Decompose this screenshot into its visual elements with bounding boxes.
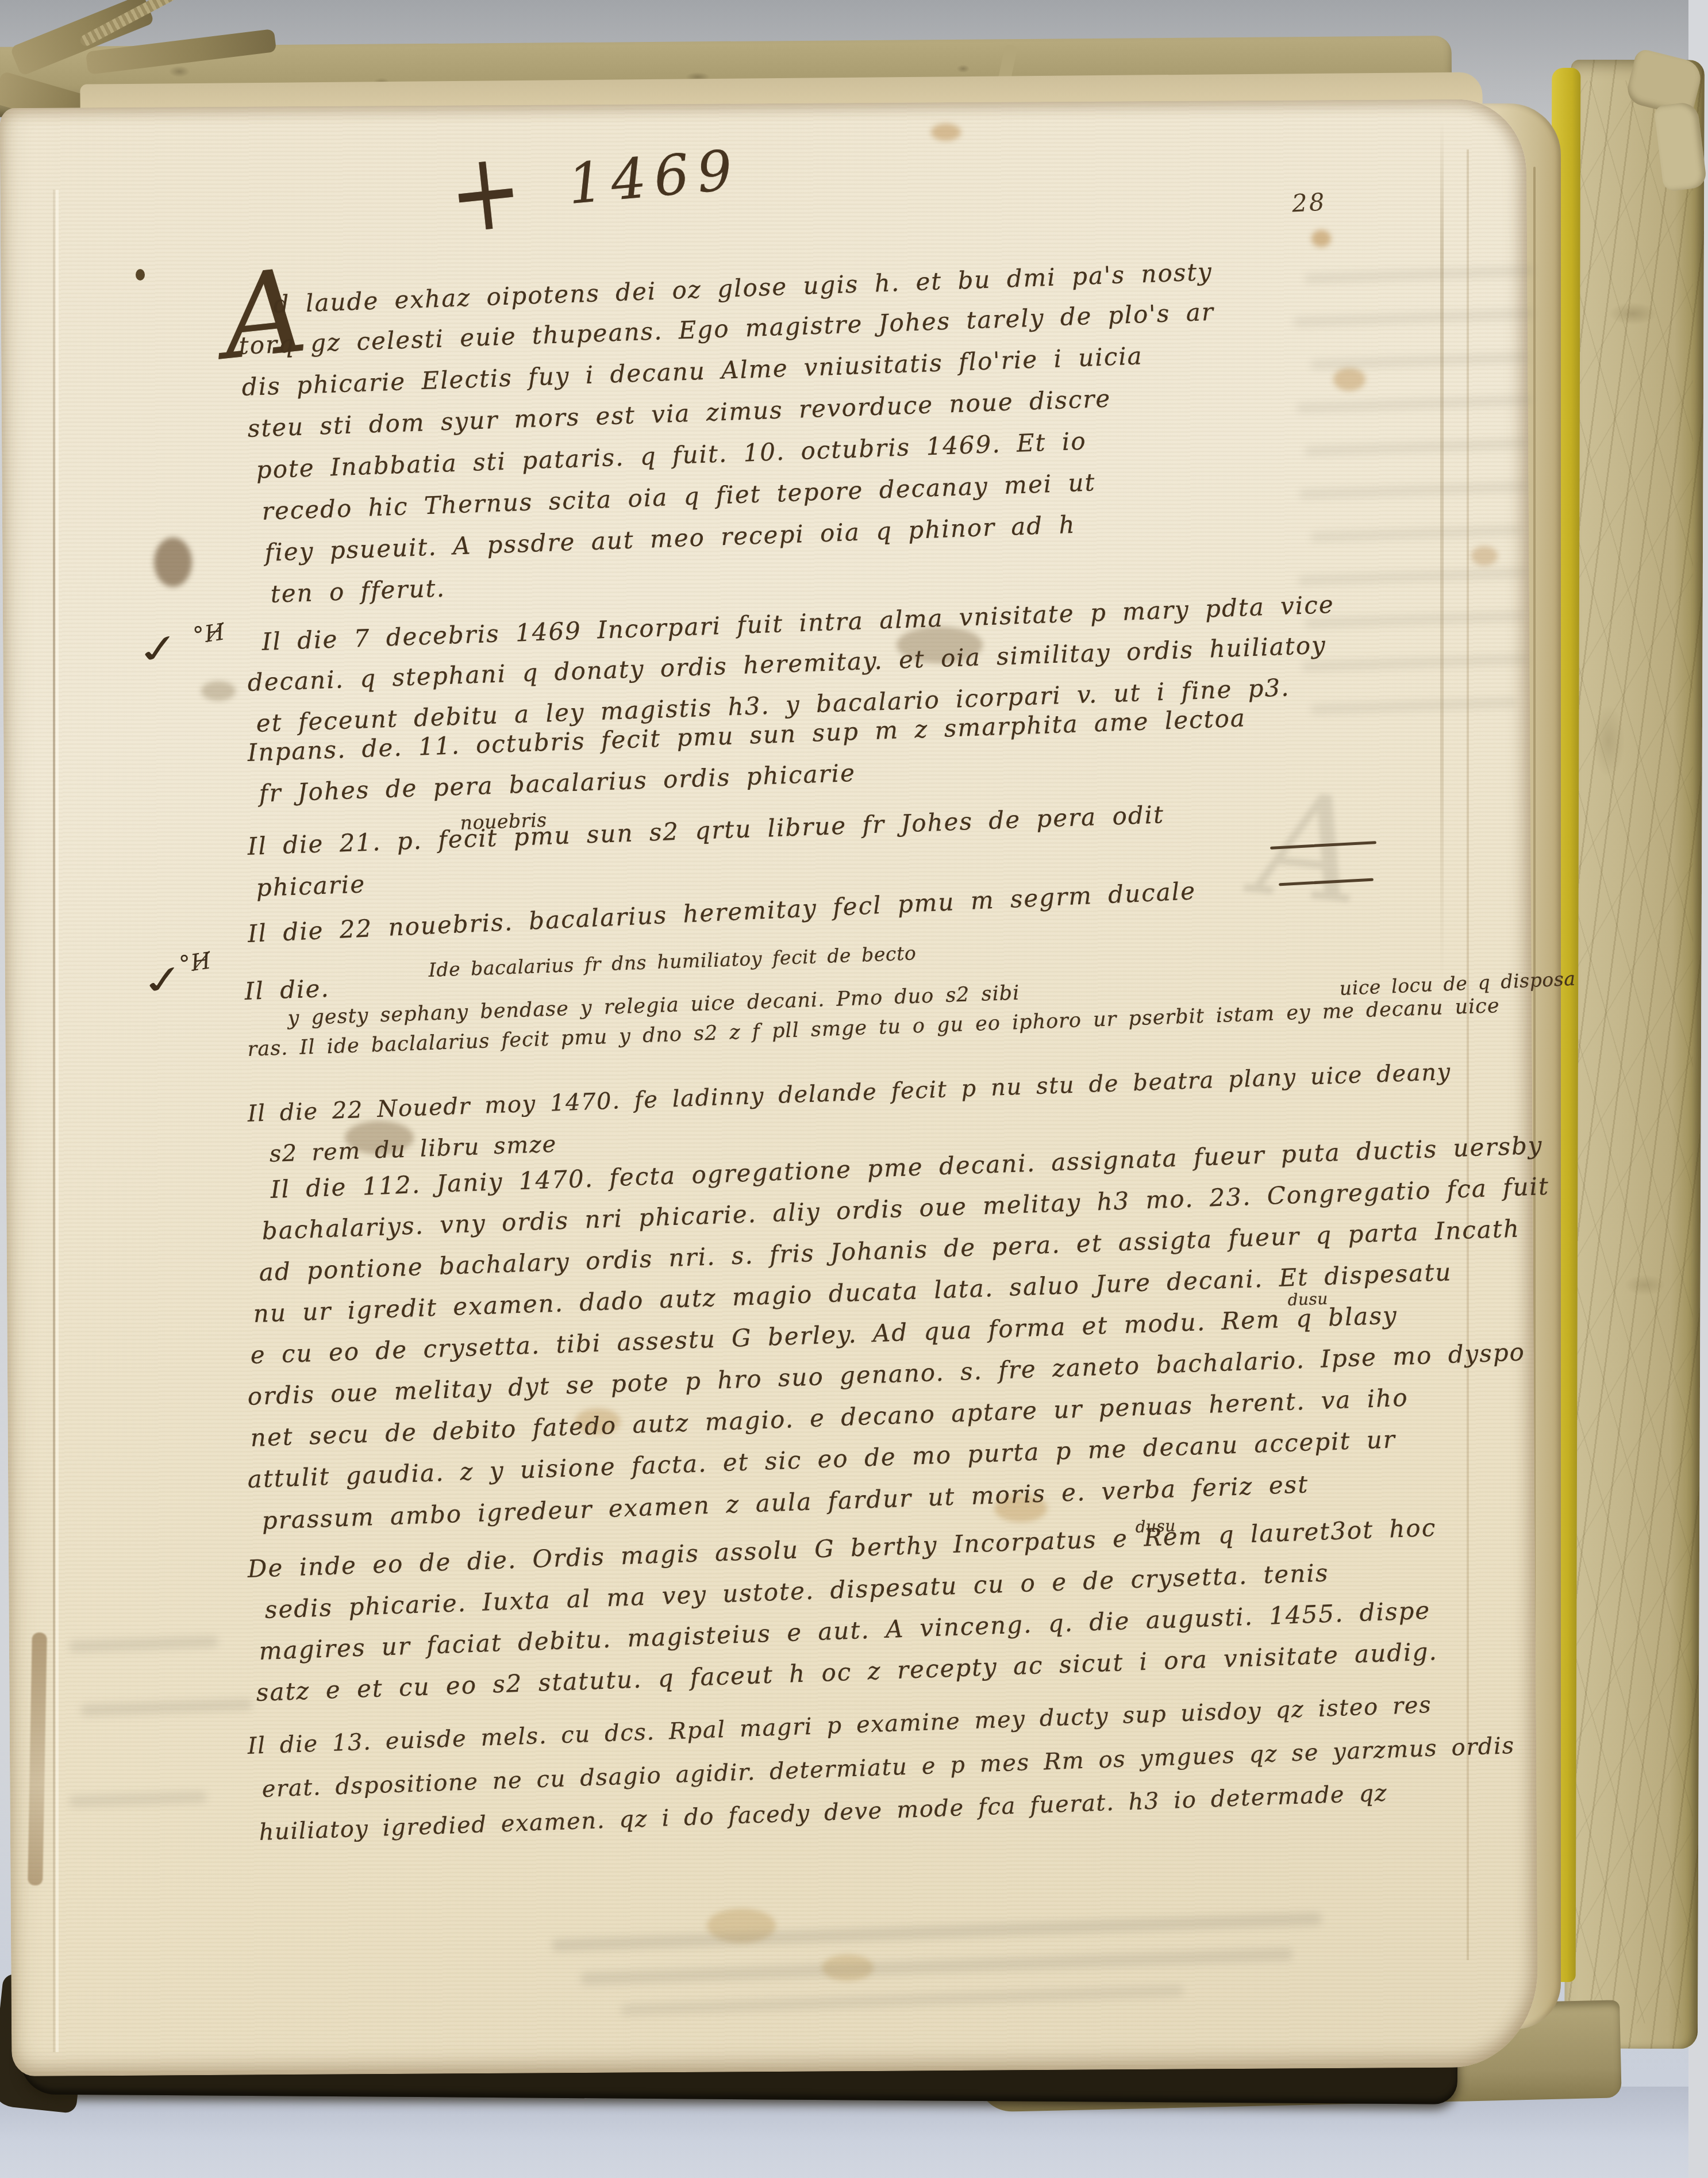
text-line: phicarie [256,870,366,902]
margin-sign: °H̸ [178,947,213,978]
stain [931,124,961,141]
gutter-crease [53,190,55,2052]
stain [1471,546,1498,566]
stain [1311,230,1331,247]
vellum-cover-wrinkles [1572,80,1693,2023]
showthrough-letter: A [1250,759,1371,936]
page-fold-ridge [1440,121,1444,983]
sewing-knot [136,269,145,281]
superscript-addition: dusu [1135,1516,1176,1536]
gutter-crease-highlight [56,190,59,2052]
margin-sign: °H̸ [191,619,226,649]
smudge [201,681,236,701]
text-line: Il die. [244,974,330,1005]
heading-cross-mark: + [443,126,528,258]
superscript-addition: dusu [1287,1289,1328,1309]
manuscript-scan: A + 1469 28 A d laude exhaz oipotens dei… [0,0,1708,2178]
ink-stain [154,537,192,587]
folio-number: 28 [1291,187,1327,217]
page-edge-ridge [1467,149,1469,1960]
stain [1333,368,1365,391]
